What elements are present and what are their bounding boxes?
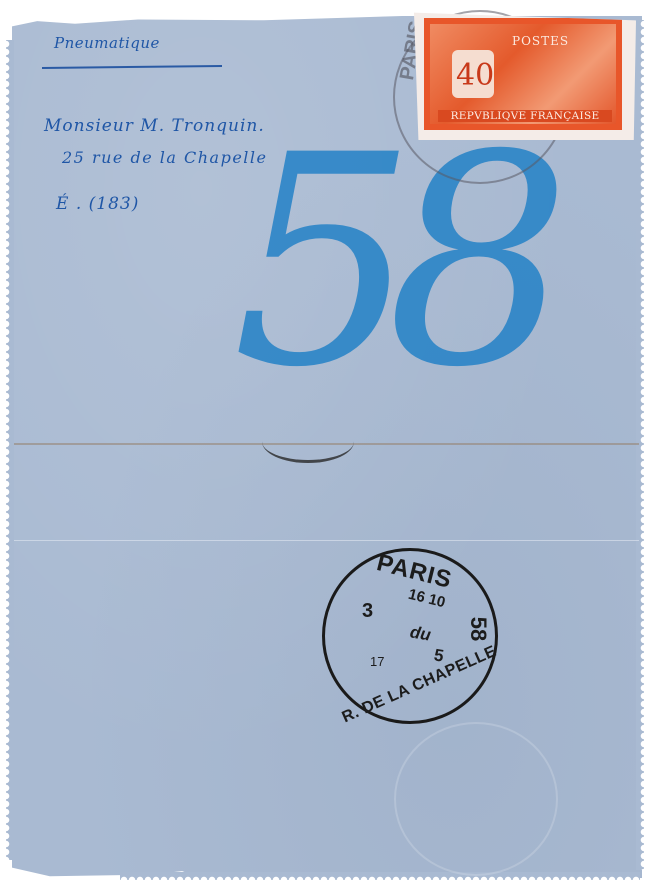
stamp-top-text: POSTES (512, 34, 569, 48)
handwritten-district: É . (183) (56, 194, 139, 214)
postmark-partial-at-fold (262, 420, 354, 463)
perforated-edge-right (636, 20, 644, 870)
stamp-design: 40 POSTES REPVBLIQVE FRANÇAISE (430, 24, 616, 124)
letter-card-scan: Pneumatique Monsieur M. Tronquin. 25 rue… (0, 0, 651, 890)
postmark-du: du (408, 622, 432, 645)
perforated-edge-left (6, 40, 14, 860)
postmark-office-number: 58 (465, 617, 491, 641)
postmark-faint-ghost (394, 722, 558, 876)
stamp-value: 40 (456, 58, 494, 93)
stamp-country-text: REPVBLIQVE FRANÇAISE (438, 110, 612, 122)
postmark-year: 17 (370, 654, 384, 669)
handwritten-header: Pneumatique (54, 34, 160, 52)
postmark-day: 3 (362, 600, 373, 623)
postage-stamp: 40 POSTES REPVBLIQVE FRANÇAISE (414, 10, 636, 140)
fold-line-faint (14, 540, 639, 541)
stamp-frame: 40 POSTES REPVBLIQVE FRANÇAISE (424, 18, 622, 130)
perforated-edge-bottom (120, 872, 640, 880)
